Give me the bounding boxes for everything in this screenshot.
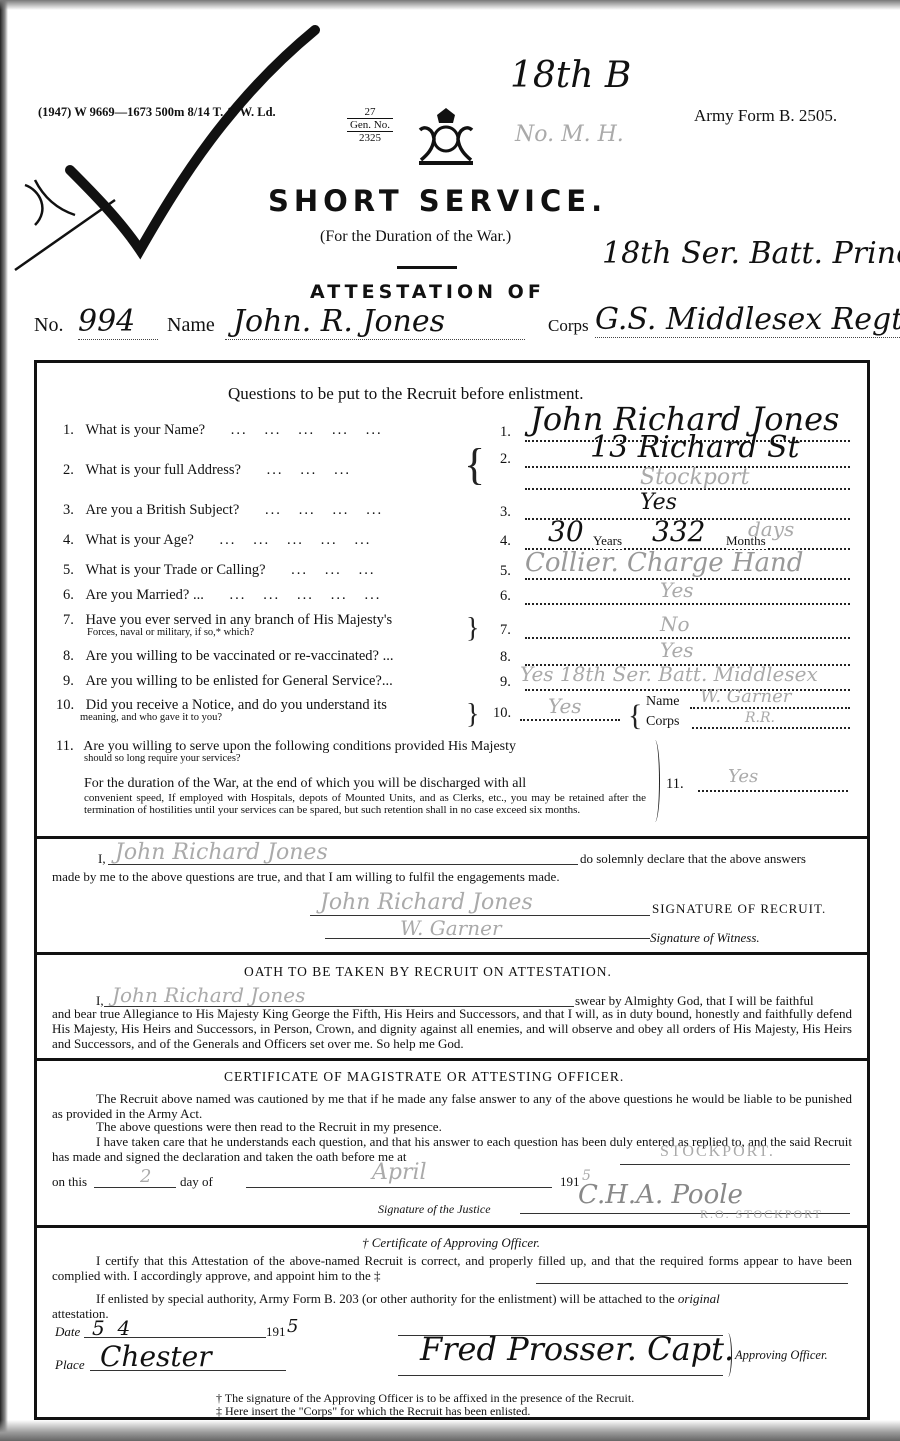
- question-text: Are you a British Subject?: [86, 502, 240, 518]
- question-dots: ... ... ...: [291, 562, 375, 578]
- gen-no-bottom: 2325: [347, 132, 393, 144]
- answer-4-years[interactable]: 30: [548, 515, 584, 548]
- answer-5-num: 5.: [500, 563, 511, 580]
- question-num: 3.: [63, 502, 74, 518]
- record-name-label: Name: [167, 314, 215, 337]
- question-dots: ... ... ... ... ...: [230, 587, 382, 603]
- place-value[interactable]: Chester: [100, 1340, 212, 1373]
- answer-9-num: 9.: [500, 674, 511, 691]
- answer-10-name-line: [690, 707, 850, 709]
- year-prefix: 191: [560, 1174, 580, 1189]
- oath-body: and bear true Allegiance to His Majesty …: [52, 1006, 852, 1051]
- answer-9[interactable]: Yes 18th Ser. Batt. Middlesex: [520, 662, 818, 686]
- question-num: 10.: [56, 697, 74, 713]
- approving-p1: I certify that this Attestation of the a…: [52, 1253, 852, 1283]
- record-no-label: No.: [34, 314, 63, 337]
- question-text: Are you willing to serve upon the follow…: [83, 739, 516, 754]
- date-year-prefix: 191: [266, 1324, 286, 1339]
- question-7-brace: }: [466, 610, 479, 648]
- officer-line-bottom: [398, 1375, 723, 1376]
- answer-4-num: 4.: [500, 533, 511, 550]
- question-text: What is your Trade or Calling?: [86, 562, 266, 578]
- approving-p2: If enlisted by special authority, Army F…: [52, 1291, 852, 1321]
- annotation-stamp: No. M. H.: [515, 122, 624, 147]
- section-divider-2: [34, 952, 870, 955]
- answer-9-line: [525, 689, 850, 691]
- annotation-side: 18th Ser. Batt. Prince: [602, 236, 900, 271]
- witness-signature[interactable]: W. Garner: [400, 916, 502, 940]
- approving-p2-tail: attestation.: [52, 1306, 852, 1321]
- question-num: 6.: [63, 587, 74, 603]
- on-this-label: on this: [52, 1174, 87, 1189]
- q11-brace: [650, 740, 660, 822]
- question-dots: ... ... ... ... ...: [219, 532, 371, 548]
- section-divider-3: [34, 1058, 870, 1061]
- answer-5[interactable]: Collier. Charge Hand: [525, 548, 803, 578]
- corps-appoint-line: [536, 1283, 848, 1284]
- question-num: 11.: [56, 738, 74, 754]
- day-line: [94, 1187, 176, 1188]
- annotation-top: 18th B: [510, 55, 631, 96]
- scan-edge-bottom: [0, 1420, 900, 1441]
- answer-8[interactable]: Yes: [660, 638, 694, 662]
- answer-3[interactable]: Yes: [640, 490, 677, 515]
- section-divider-4: [34, 1225, 870, 1228]
- question-7: 7. Have you ever served in any branch of…: [63, 612, 392, 638]
- oath-name[interactable]: John Richard Jones: [112, 983, 305, 1007]
- answer-6[interactable]: Yes: [660, 578, 694, 602]
- answer-10-corps-line: [692, 727, 850, 729]
- q11-conditions-lead: For the duration of the War, at the end …: [56, 776, 646, 792]
- question-5: 5. What is your Trade or Calling? ... ..…: [63, 562, 376, 579]
- day-value[interactable]: 2: [140, 1166, 151, 1187]
- record-name-value[interactable]: John. R. Jones: [225, 304, 525, 340]
- question-text: Did you receive a Notice, and do you und…: [86, 697, 387, 713]
- question-dots: ... ... ...: [267, 462, 351, 478]
- question-num: 2.: [63, 462, 74, 478]
- answer-11[interactable]: Yes: [728, 766, 758, 787]
- magistrate-p1: The Recruit above named was cautioned by…: [52, 1091, 852, 1121]
- q11-conditions-rest: convenient speed, If employed with Hospi…: [56, 792, 646, 816]
- question-num: 5.: [63, 562, 74, 578]
- question-dots: ... ... ... ...: [265, 502, 383, 518]
- footnote-2: ‡ Here insert the "Corps" for which the …: [216, 1405, 530, 1418]
- record-no-value[interactable]: 994: [78, 304, 158, 340]
- officer-brace: [724, 1333, 732, 1377]
- question-9: 9. Are you willing to be enlisted for Ge…: [63, 673, 393, 690]
- answer-7-num: 7.: [500, 622, 511, 639]
- answer-3-num: 3.: [500, 504, 511, 521]
- question-11: 11. Are you willing to serve upon the fo…: [56, 738, 646, 816]
- question-num: 4.: [63, 532, 74, 548]
- answer-10-line: [520, 719, 620, 721]
- answer-4-years-label: Years: [593, 533, 622, 549]
- answer-10[interactable]: Yes: [548, 694, 582, 718]
- date-year-suffix[interactable]: 5: [287, 1316, 298, 1337]
- officer-signature[interactable]: Fred Prosser. Capt.: [420, 1330, 734, 1368]
- initials-mark-icon: [5, 170, 125, 280]
- question-text: Have you ever served in any branch of Hi…: [86, 612, 393, 628]
- magistrate-heading: CERTIFICATE OF MAGISTRATE OR ATTESTING O…: [224, 1069, 624, 1085]
- question-text: What is your Name?: [86, 422, 206, 438]
- question-10: 10. Did you receive a Notice, and do you…: [56, 697, 387, 723]
- gen-no-top: 27: [347, 106, 393, 118]
- question-10-brace: }: [466, 696, 479, 734]
- record-corps-value[interactable]: G.S. Middlesex Regt: [595, 302, 900, 338]
- gen-no-block: 27 Gen. No. 2325: [347, 106, 393, 144]
- answer-4-days-note: days: [748, 517, 794, 541]
- approving-heading: † Certificate of Approving Officer.: [362, 1235, 540, 1250]
- question-subtext: meaning, and who gave it to you?: [56, 712, 387, 723]
- answer-2[interactable]: 13 Richard St: [590, 430, 800, 465]
- magistrate-place[interactable]: STOCKPORT.: [660, 1143, 775, 1161]
- form-title: SHORT SERVICE.: [268, 184, 607, 218]
- answer-11-num: 11.: [666, 776, 684, 793]
- answer-10-corps[interactable]: R.R.: [745, 710, 775, 726]
- question-3: 3. Are you a British Subject? ... ... ..…: [63, 502, 383, 519]
- record-corps-label: Corps: [548, 316, 589, 336]
- answer-10-name-label: Name: [646, 694, 679, 710]
- recruit-signature[interactable]: John Richard Jones: [320, 890, 533, 915]
- magistrate-p2: The above questions were then read to th…: [96, 1119, 442, 1134]
- question-text: What is your full Address?: [86, 462, 241, 478]
- royal-crest-icon: [415, 105, 477, 169]
- gen-no-label: Gen. No.: [347, 118, 393, 132]
- answer-10-num: 10.: [493, 705, 511, 722]
- declaration-suffix: do solemnly declare that the above answe…: [580, 851, 806, 866]
- month-value[interactable]: April: [372, 1160, 427, 1185]
- justice-stamp: R.O. STOCKPORT: [700, 1207, 823, 1222]
- question-subtext: Forces, naval or military, if so,* which…: [63, 627, 392, 638]
- scan-edge-top: [0, 0, 900, 10]
- answer-7[interactable]: No: [660, 612, 690, 636]
- answer-10-corps-label: Corps: [646, 714, 679, 730]
- date-value[interactable]: 5 4: [92, 1316, 130, 1340]
- question-text: Are you willing to be vaccinated or re-v…: [86, 648, 394, 664]
- section-divider-1: [34, 836, 870, 839]
- answer-2-num: 2.: [500, 451, 511, 468]
- month-line: [246, 1187, 552, 1188]
- oath-heading: OATH TO BE TAKEN BY RECRUIT ON ATTESTATI…: [244, 964, 612, 980]
- declaration-name[interactable]: John Richard Jones: [115, 840, 328, 865]
- answer-2-line2[interactable]: Stockport: [640, 465, 750, 490]
- recruit-signature-label: SIGNATURE OF RECRUIT.: [652, 901, 826, 916]
- answer-4-months[interactable]: 332: [652, 515, 705, 548]
- justice-label: Signature of the Justice: [378, 1202, 491, 1217]
- question-num: 7.: [63, 612, 74, 628]
- question-dots: ... ... ... ... ...: [231, 422, 383, 438]
- answer-10-name[interactable]: W. Garner: [700, 686, 791, 707]
- place-label: Place: [55, 1357, 85, 1372]
- question-2: 2. What is your full Address? ... ... ..…: [63, 462, 351, 479]
- answer-11-line: [698, 790, 848, 792]
- answer-1-num: 1.: [500, 424, 511, 441]
- answer-10-brace: {: [628, 697, 642, 735]
- question-num: 9.: [63, 673, 74, 689]
- form-subtitle: (For the Duration of the War.): [320, 228, 511, 246]
- declaration-prefix: I,: [98, 851, 106, 866]
- day-of-label: day of: [180, 1174, 213, 1189]
- army-form-number: Army Form B. 2505.: [694, 106, 837, 126]
- question-6: 6. Are you Married? ... ... ... ... ... …: [63, 587, 381, 604]
- approving-p2-lead: If enlisted by special authority, Army F…: [96, 1291, 675, 1306]
- print-line: (1947) W 9669—1673 500m 8/14 T. & W. Ld.: [38, 105, 276, 120]
- answer-6-num: 6.: [500, 588, 511, 605]
- question-text: Are you willing to be enlisted for Gener…: [86, 673, 393, 689]
- approving-p2-ital: original: [678, 1291, 720, 1306]
- question-text: What is your Age?: [86, 532, 194, 548]
- justice-signature[interactable]: C.H.A. Poole: [578, 1180, 743, 1210]
- question-num: 1.: [63, 422, 74, 438]
- attestation-heading: ATTESTATION OF: [310, 281, 545, 303]
- answer-8-num: 8.: [500, 649, 511, 666]
- question-num: 8.: [63, 648, 74, 664]
- answer-6-line: [525, 603, 850, 605]
- question-2-brace: {: [464, 446, 485, 484]
- magistrate-place-line: [620, 1164, 850, 1165]
- declaration-line2: made by me to the above questions are tr…: [52, 869, 560, 884]
- witness-signature-label: Signature of Witness.: [650, 930, 760, 945]
- title-rule: [397, 266, 457, 269]
- question-4: 4. What is your Age? ... ... ... ... ...: [63, 532, 371, 549]
- approving-officer-label: Approving Officer.: [735, 1348, 828, 1363]
- question-text: Are you Married? ...: [86, 587, 204, 603]
- question-8: 8. Are you willing to be vaccinated or r…: [63, 648, 394, 665]
- question-1: 1. What is your Name? ... ... ... ... ..…: [63, 422, 383, 439]
- date-label: Date: [55, 1324, 80, 1339]
